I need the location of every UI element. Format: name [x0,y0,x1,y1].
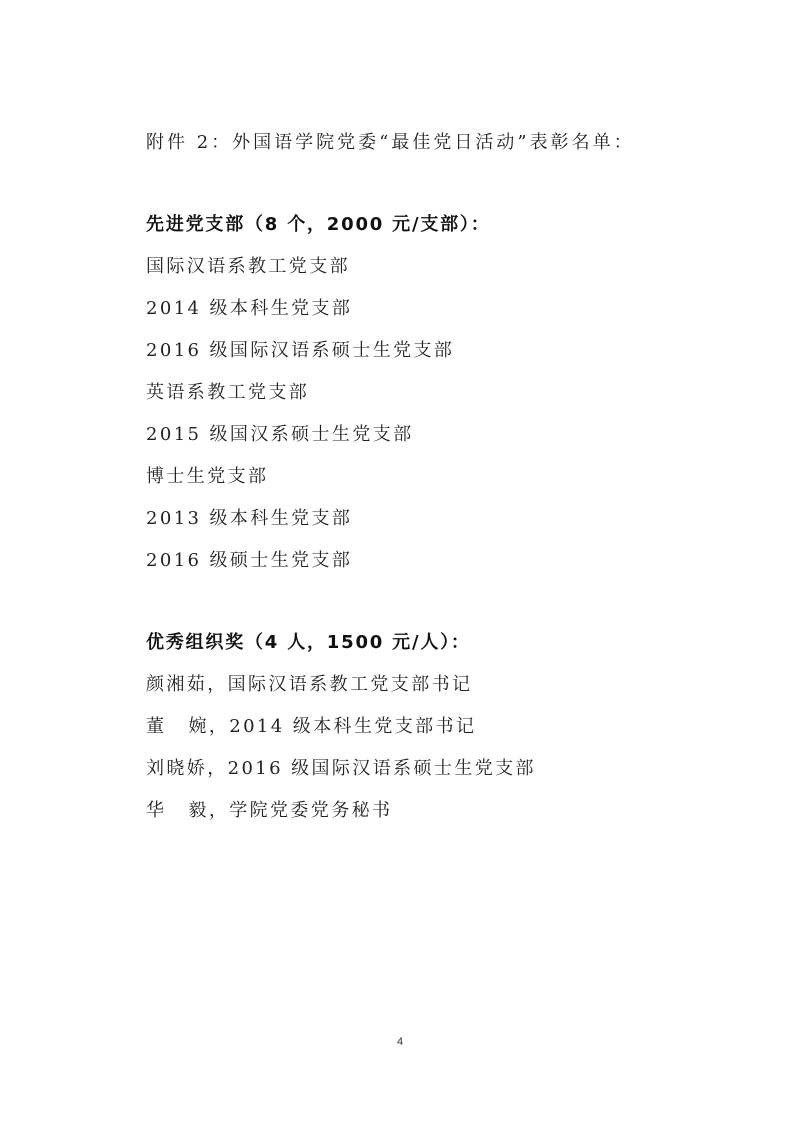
list-item: 2015 级国汉系硕士生党支部 [146,423,414,447]
awardee-name-part: 婉 [188,716,208,737]
list-item: 刘晓娇，2016 级国际汉语系硕士生党支部 [146,757,536,781]
section-heading-advanced-branches: 先进党支部（8 个，2000 元/支部）： [146,213,491,237]
list-item: 华毅，学院党委党务秘书 [146,799,392,823]
section-heading-organization-award: 优秀组织奖（4 人，1500 元/人）： [146,631,471,655]
awardee-role: ，2014 级本科生党支部书记 [209,716,477,737]
awardee-role: ，学院党委党务秘书 [209,800,393,821]
awardee-name-part: 董 [146,716,166,737]
awardee-name-part: 毅 [188,800,208,821]
page-number: 4 [397,1036,403,1048]
awardee-name: 刘晓娇 [146,758,207,779]
list-item: 2016 级硕士生党支部 [146,549,352,573]
list-item: 英语系教工党支部 [146,381,309,405]
awardee-role: ，国际汉语系教工党支部书记 [207,674,472,695]
awardee-name-part: 华 [146,800,166,821]
list-item: 颜湘茹，国际汉语系教工党支部书记 [146,673,472,697]
list-item: 2014 级本科生党支部 [146,297,352,321]
document-title: 附件 2：外国语学院党委“最佳党日活动”表彰名单： [146,131,635,155]
list-item: 博士生党支部 [146,465,268,489]
list-item: 2016 级国际汉语系硕士生党支部 [146,339,454,363]
document-page: 附件 2：外国语学院党委“最佳党日活动”表彰名单： 先进党支部（8 个，2000… [0,0,800,1131]
list-item: 2013 级本科生党支部 [146,507,352,531]
list-item: 国际汉语系教工党支部 [146,255,350,279]
awardee-role: ，2016 级国际汉语系硕士生党支部 [207,758,536,779]
awardee-name: 颜湘茹 [146,674,207,695]
list-item: 董婉，2014 级本科生党支部书记 [146,715,476,739]
